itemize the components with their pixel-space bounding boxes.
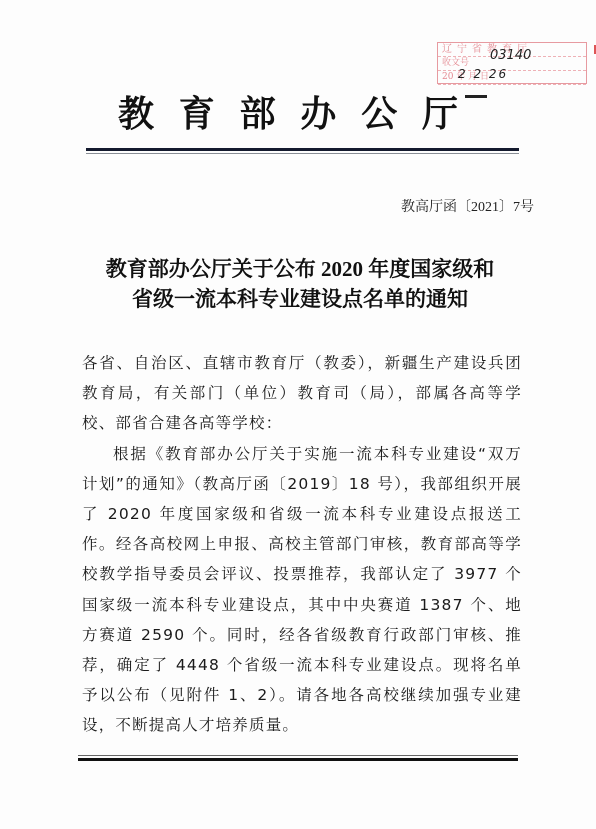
body-paragraph: 根据《教育部办公厅关于实施一流本科专业建设“双万计划”的通知》（教高厅函〔201… [82,439,522,741]
handwritten-receipt-number: 03140 [490,49,531,62]
footer-rule-thick [78,758,518,761]
issuer-char: 办 [300,86,336,137]
handwritten-date: 2 2 26 [458,68,508,80]
footer-rule-thin [78,755,518,756]
title-line-2: 省级一流本科专业建设点名单的通知 [80,284,520,314]
salutation: 各省、自治区、直辖市教育厅（教委），新疆生产建设兵团教育局，有关部门（单位）教育… [82,348,522,439]
issuer-char: 教 [118,86,154,137]
document-title: 教育部办公厅关于公布 2020 年度国家级和 省级一流本科专业建设点名单的通知 [80,254,520,314]
issuer-char: 公 [361,86,397,137]
issuer-char: 育 [179,86,215,137]
receipt-stamp: 辽宁省教育厅 收文号 20 年 月 日 03140 2 2 26 [437,42,587,84]
document-number: 教高厅函〔2021〕7号 [401,196,534,216]
issuer-char: 部 [240,86,276,137]
header-rule-thick [86,148,519,151]
footer-rule [78,755,518,761]
ink-mark [465,95,487,98]
title-line-1: 教育部办公厅关于公布 2020 年度国家级和 [80,254,520,284]
header-rule-thin [86,153,519,154]
document-body: 各省、自治区、直辖市教育厅（教委），新疆生产建设兵团教育局，有关部门（单位）教育… [82,348,522,741]
issuer-header: 教 育 部 办 公 厅 [118,86,458,137]
issuer-char: 厅 [422,86,458,137]
header-rule [86,148,519,154]
